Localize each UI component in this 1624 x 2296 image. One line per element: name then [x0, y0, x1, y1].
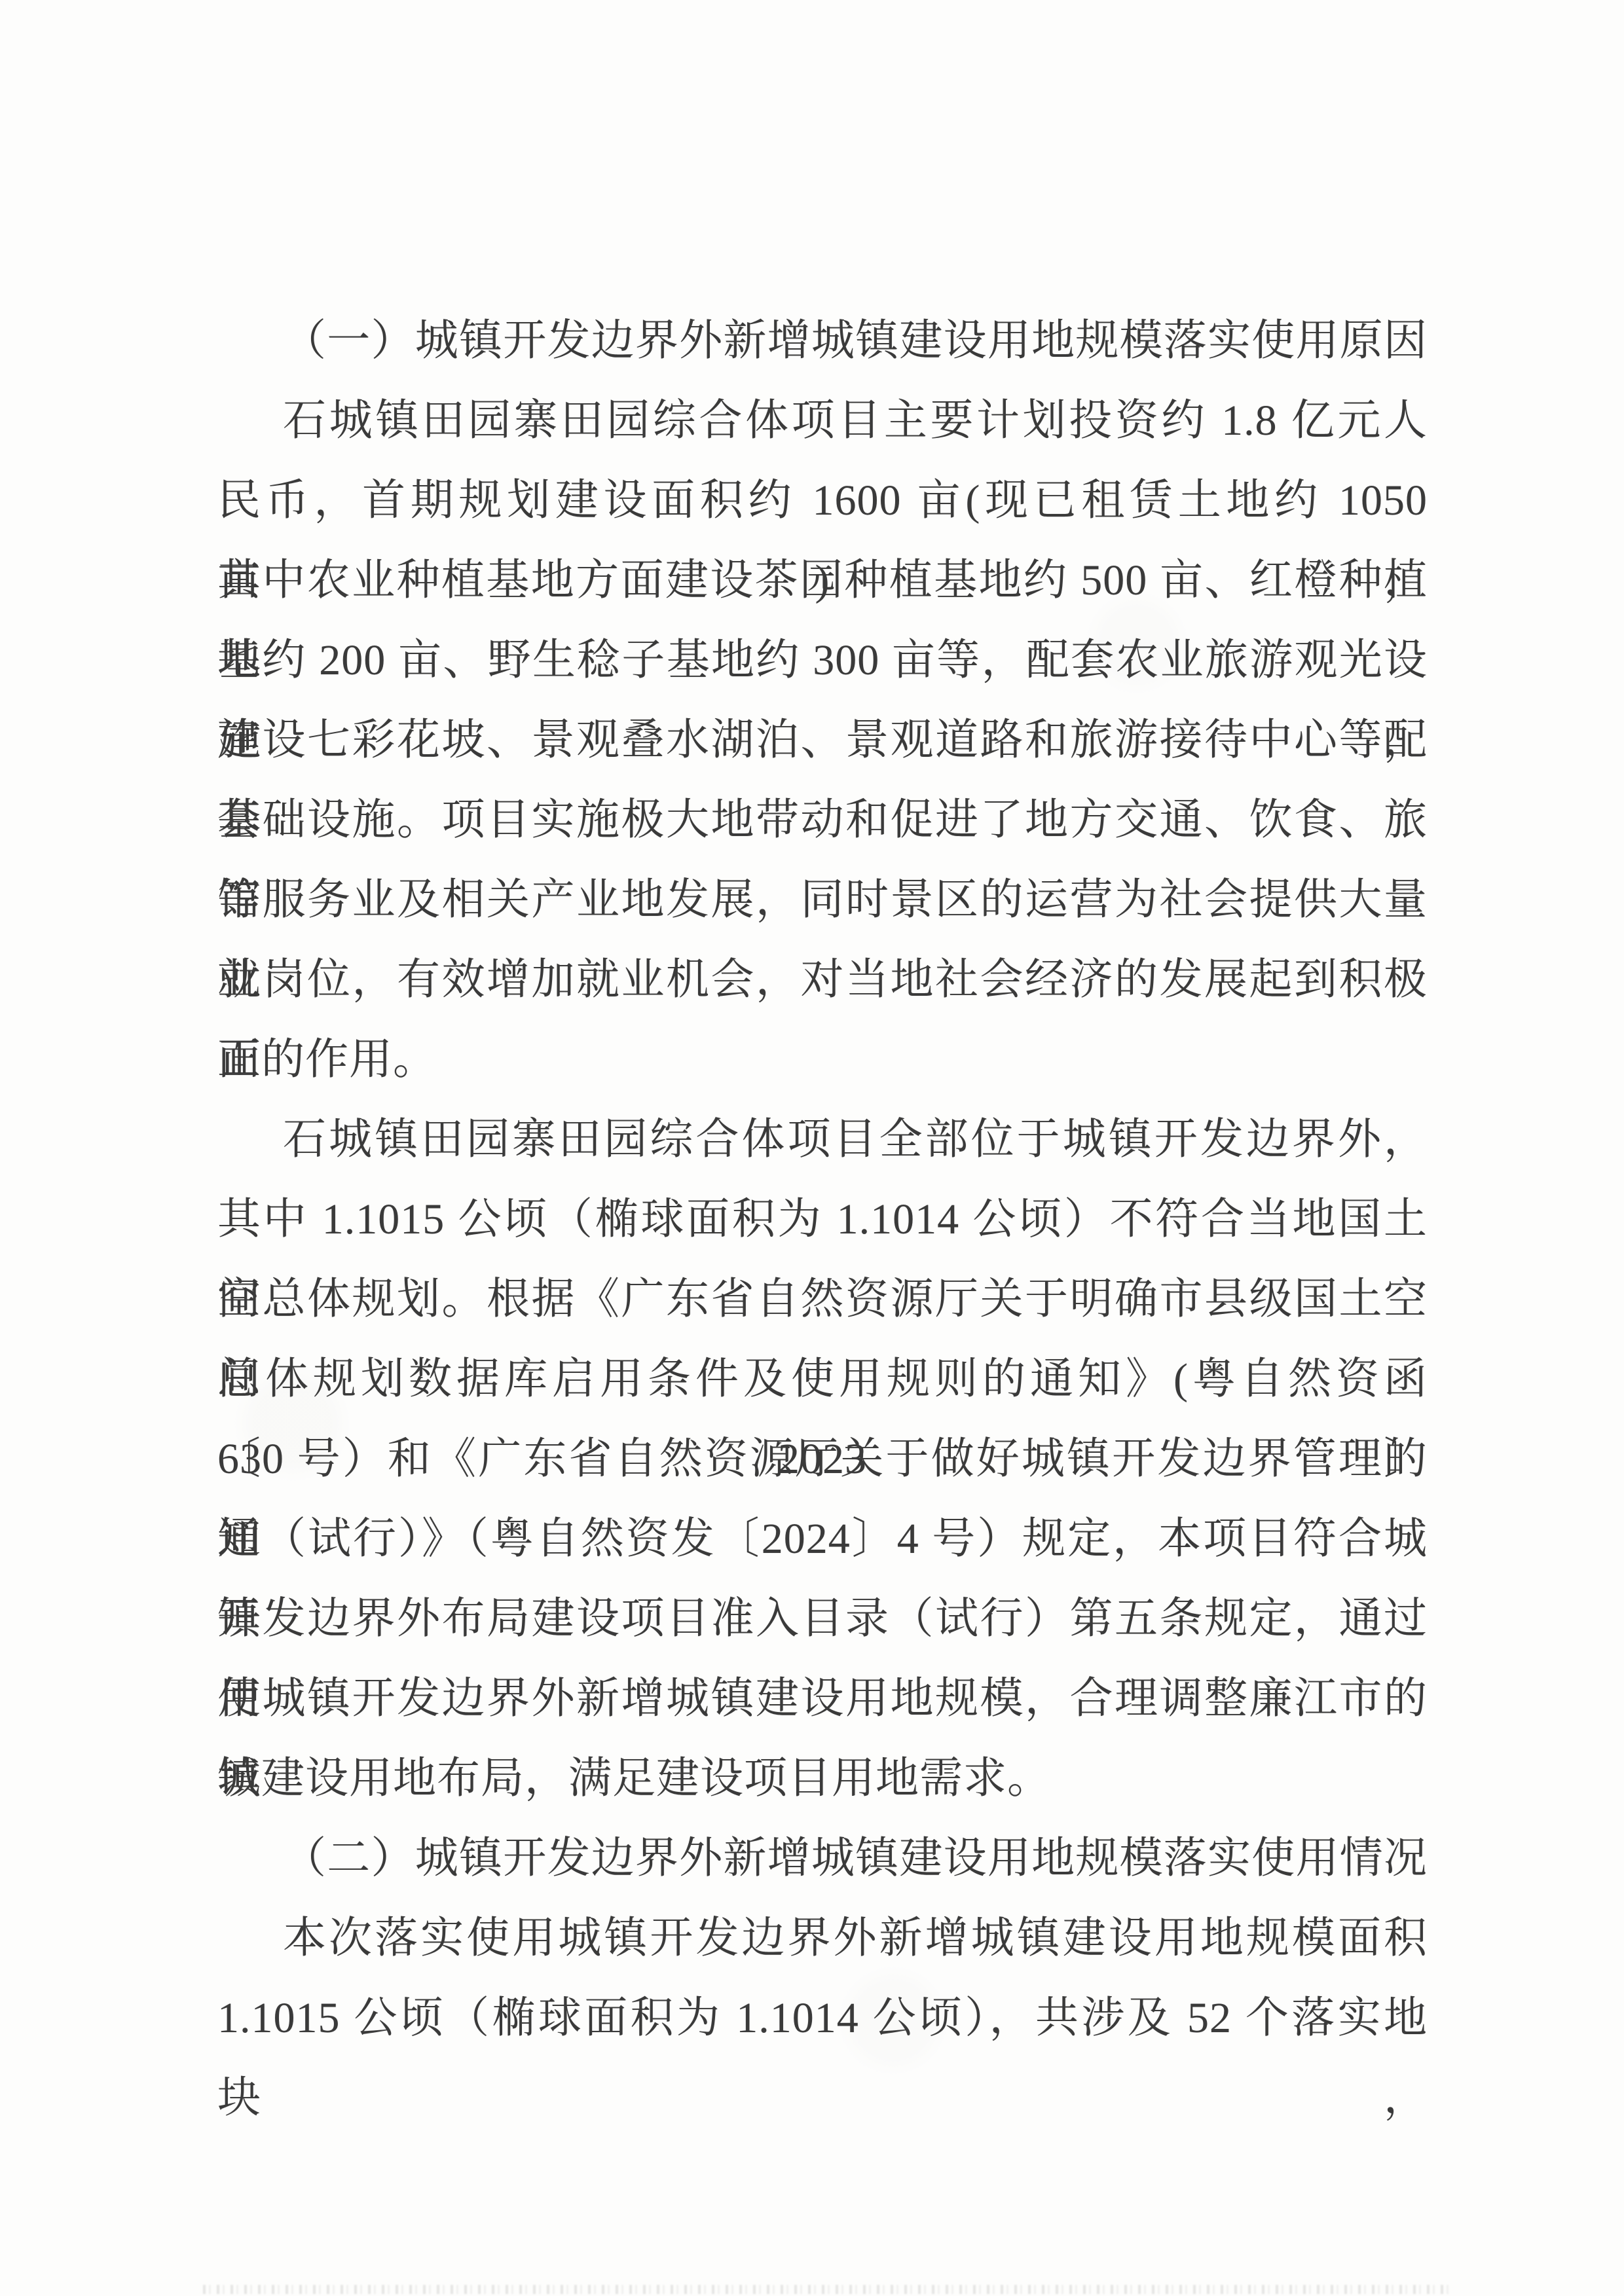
text-line: 等服务业及相关产业地发展，同时景区的运营为社会提供大量就	[217, 860, 1428, 940]
text-line: 本次落实使用城镇开发边界外新增城镇建设用地规模面积	[217, 1899, 1428, 1978]
text-line: 建设七彩花坡、景观叠水湖泊、景观道路和旅游接待中心等配套	[217, 701, 1428, 780]
text-line: 业岗位，有效增加就业机会，对当地社会经济的发展起到积极正	[217, 940, 1428, 1020]
text-line: 石城镇田园寨田园综合体项目主要计划投资约 1.8 亿元人	[217, 381, 1428, 461]
document-page: （一）城镇开发边界外新增城镇建设用地规模落实使用原因石城镇田园寨田园综合体项目主…	[0, 0, 1624, 2296]
text-line: 1.1015 公顷（椭球面积为 1.1014 公顷），共涉及 52 个落实地块，	[217, 1978, 1428, 2058]
text-line: 面的作用。	[217, 1020, 1428, 1100]
text-line: 镇建设用地布局，满足建设项目用地需求。	[217, 1739, 1428, 1819]
text-line: 用城镇开发边界外新增城镇建设用地规模，合理调整廉江市的城	[217, 1659, 1428, 1739]
text-line: 基础设施。项目实施极大地带动和促进了地方交通、饮食、旅馆	[217, 780, 1428, 860]
text-line: 总体规划数据库启用条件及使用规则的通知》(粤自然资函〔2023〕	[217, 1339, 1428, 1419]
text-block: （一）城镇开发边界外新增城镇建设用地规模落实使用原因石城镇田园寨田园综合体项目主…	[217, 301, 1428, 2058]
text-line: （二）城镇开发边界外新增城镇建设用地规模落实使用情况	[217, 1819, 1428, 1899]
text-line: 开发边界外布局建设项目准入目录（试行）第五条规定，通过使	[217, 1579, 1428, 1659]
text-line: 民币，首期规划建设面积约 1600 亩(现已租赁土地约 1050 亩)，	[217, 461, 1428, 541]
bottom-scan-artifact	[203, 2285, 1454, 2294]
text-line: 其中 1.1015 公顷（椭球面积为 1.1014 公顷）不符合当地国土空	[217, 1180, 1428, 1260]
text-line: （一）城镇开发边界外新增城镇建设用地规模落实使用原因	[217, 301, 1428, 381]
text-line: 其中农业种植基地方面建设茶园种植基地约 500 亩、红橙种植基	[217, 541, 1428, 621]
text-line: 间总体规划。根据《广东省自然资源厅关于明确市县级国土空间	[217, 1260, 1428, 1339]
text-line: 630 号）和《广东省自然资源厅关于做好城镇开发边界管理的通	[217, 1419, 1428, 1499]
text-line: 知（试行）》（粤自然资发〔2024〕4 号）规定，本项目符合城镇	[217, 1499, 1428, 1579]
text-line: 地约 200 亩、野生稔子基地约 300 亩等，配套农业旅游观光设施，	[217, 621, 1428, 701]
text-line: 石城镇田园寨田园综合体项目全部位于城镇开发边界外，	[217, 1100, 1428, 1180]
